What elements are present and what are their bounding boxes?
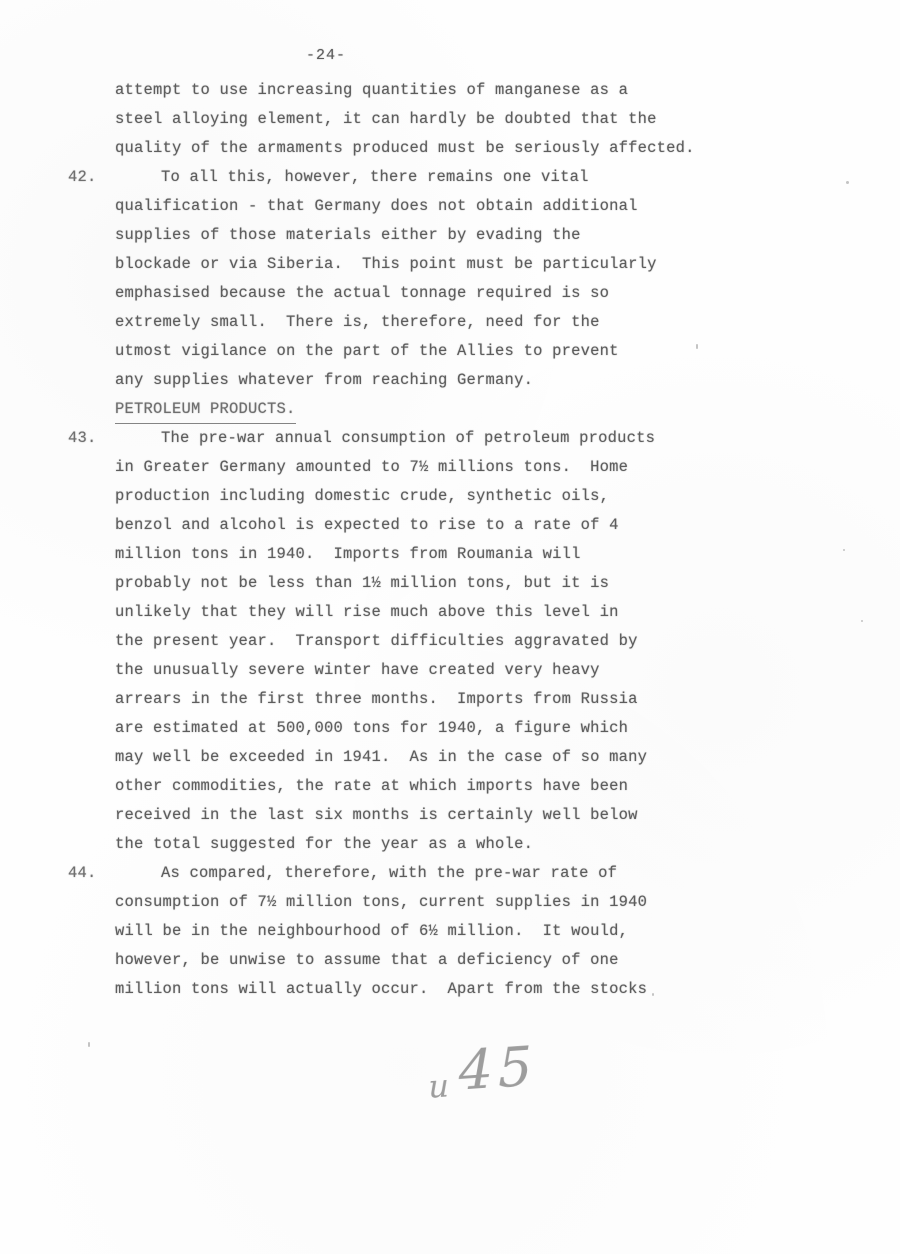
- text-line: blockade or via Siberia. This point must…: [115, 250, 755, 279]
- text-line: may well be exceeded in 1941. As in the …: [115, 743, 755, 772]
- scanned-document-page: -24- attempt to use increasing quantitie…: [0, 0, 900, 1254]
- text-line: utmost vigilance on the part of the Alli…: [115, 337, 755, 366]
- text-line: are estimated at 500,000 tons for 1940, …: [115, 714, 755, 743]
- text-line: benzol and alcohol is expected to rise t…: [115, 511, 755, 540]
- text-line: supplies of those materials either by ev…: [115, 221, 755, 250]
- text-line: As compared, therefore, with the pre-war…: [115, 859, 755, 888]
- paragraph-text: attempt to use increasing quantities of …: [115, 76, 755, 163]
- text-line: To all this, however, there remains one …: [115, 163, 755, 192]
- text-line: the present year. Transport difficulties…: [115, 627, 755, 656]
- text-line: quality of the armaments produced must b…: [115, 134, 755, 163]
- text-line: in Greater Germany amounted to 7½ millio…: [115, 453, 755, 482]
- scan-speck: [696, 344, 698, 349]
- text-line: million tons will actually occur. Apart …: [115, 975, 755, 1004]
- section-heading: PETROLEUM PRODUCTS.: [115, 396, 296, 424]
- paragraph-text: As compared, therefore, with the pre-war…: [115, 859, 755, 1004]
- paragraph-number-44: 44.: [68, 859, 97, 888]
- section-heading-row: PETROLEUM PRODUCTS.: [115, 395, 755, 424]
- paragraph-44: 44. As compared, therefore, with the pre…: [115, 859, 755, 1004]
- handwritten-letter: u: [428, 1066, 449, 1105]
- text-line: the unusually severe winter have created…: [115, 656, 755, 685]
- text-line: probably not be less than 1½ million ton…: [115, 569, 755, 598]
- text-line: attempt to use increasing quantities of …: [115, 76, 755, 105]
- text-line: extremely small. There is, therefore, ne…: [115, 308, 755, 337]
- text-line: million tons in 1940. Imports from Rouma…: [115, 540, 755, 569]
- text-line: other commodities, the rate at which imp…: [115, 772, 755, 801]
- paragraph-text: To all this, however, there remains one …: [115, 163, 755, 395]
- handwritten-number: 45: [458, 1034, 538, 1103]
- text-line: consumption of 7½ million tons, current …: [115, 888, 755, 917]
- scan-speck: [652, 993, 654, 996]
- scan-speck: [843, 549, 845, 551]
- paragraph-text: The pre-war annual consumption of petrol…: [115, 424, 755, 859]
- paragraph-43: 43. The pre-war annual consumption of pe…: [115, 424, 755, 859]
- scan-speck: [88, 1042, 90, 1047]
- text-line: unlikely that they will rise much above …: [115, 598, 755, 627]
- handwritten-annotation: u45: [428, 1034, 538, 1105]
- page-number: -24-: [306, 47, 346, 64]
- text-line: qualification - that Germany does not ob…: [115, 192, 755, 221]
- page-body: attempt to use increasing quantities of …: [115, 76, 755, 1004]
- paragraph-number-42: 42.: [68, 163, 97, 192]
- text-line: any supplies whatever from reaching Germ…: [115, 366, 755, 395]
- text-line: received in the last six months is certa…: [115, 801, 755, 830]
- text-line: production including domestic crude, syn…: [115, 482, 755, 511]
- scan-speck: [846, 181, 849, 184]
- text-line: steel alloying element, it can hardly be…: [115, 105, 755, 134]
- text-line: will be in the neighbourhood of 6½ milli…: [115, 917, 755, 946]
- paragraph-42: 42. To all this, however, there remains …: [115, 163, 755, 395]
- paragraph-continuation: attempt to use increasing quantities of …: [115, 76, 755, 163]
- text-line: the total suggested for the year as a wh…: [115, 830, 755, 859]
- text-line: emphasised because the actual tonnage re…: [115, 279, 755, 308]
- paragraph-number-43: 43.: [68, 424, 97, 453]
- scan-speck: [861, 620, 863, 622]
- text-line: The pre-war annual consumption of petrol…: [115, 424, 755, 453]
- text-line: however, be unwise to assume that a defi…: [115, 946, 755, 975]
- text-line: arrears in the first three months. Impor…: [115, 685, 755, 714]
